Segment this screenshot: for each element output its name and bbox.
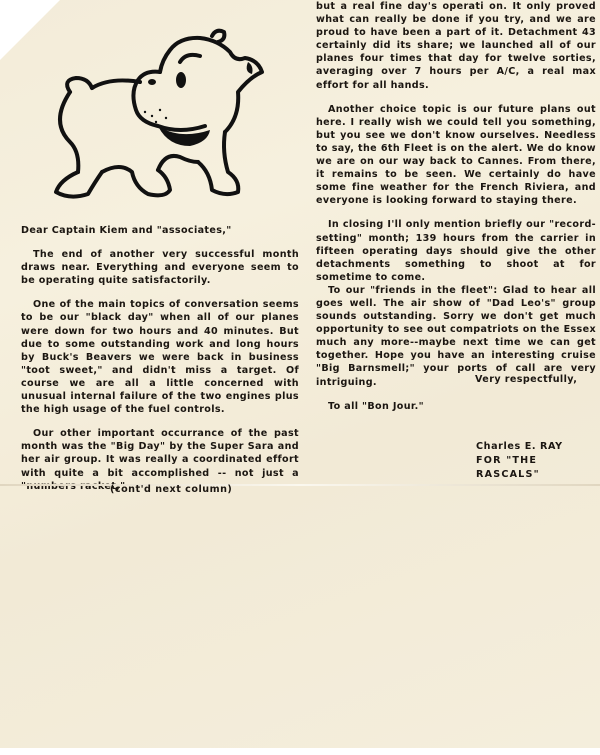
letter-left-column: Dear Captain Kiem and "associates," The … <box>21 224 299 504</box>
paragraph: Our other important occurrance of the pa… <box>21 427 299 492</box>
paragraph: To our "friends in the fleet": Glad to h… <box>316 284 596 389</box>
continued-note: (cont'd next column) <box>110 484 232 495</box>
paragraph: but a real fine day's operati on. It onl… <box>316 0 596 92</box>
paragraph: In closing I'll only mention briefly our… <box>316 218 596 283</box>
paragraph: Another choice topic is our future plans… <box>316 103 596 208</box>
paragraph: To all "Bon Jour." <box>316 400 596 413</box>
paper-fold <box>0 484 600 486</box>
closing: Very respectfully, <box>475 374 577 385</box>
salutation: Dear Captain Kiem and "associates," <box>21 224 299 237</box>
signature-name: Charles E. RAY <box>476 440 600 454</box>
signature-org: FOR "THE RASCALS" <box>476 454 600 482</box>
paragraph: One of the main topics of conversation s… <box>21 298 299 416</box>
letter-right-column: but a real fine day's operati on. It onl… <box>316 0 596 424</box>
signature-block: Charles E. RAY FOR "THE RASCALS" <box>476 440 600 482</box>
letter-page: Dear Captain Kiem and "associates," The … <box>0 0 600 748</box>
bulldog-illustration <box>40 22 275 207</box>
paragraph: The end of another very successful month… <box>21 248 299 287</box>
